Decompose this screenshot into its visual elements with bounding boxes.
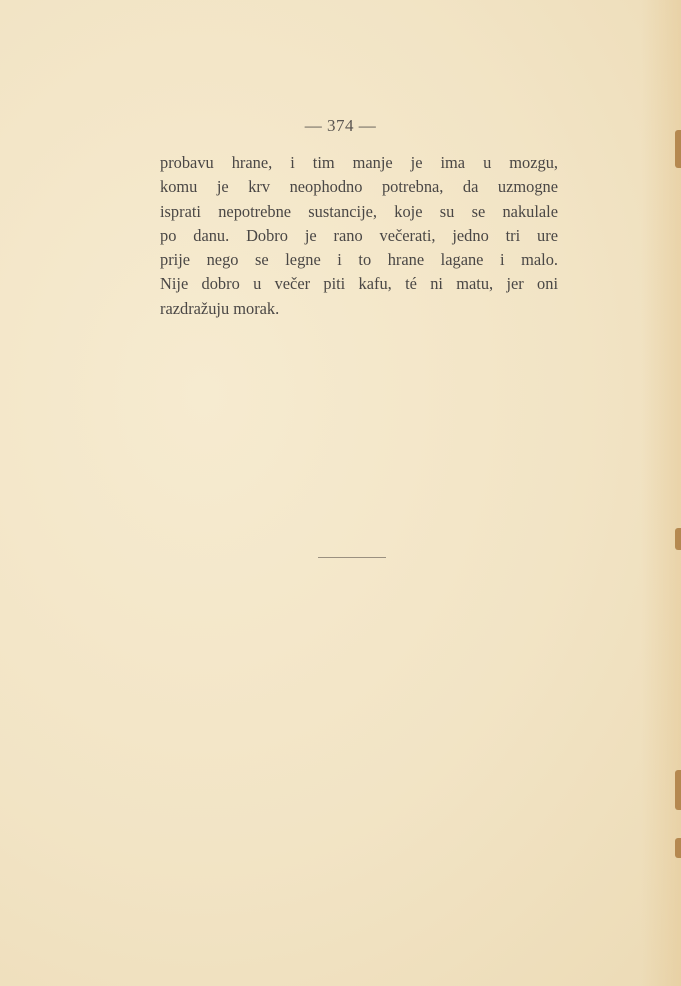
text-line: komu je krv neophodno potrebna, da uzmog…: [160, 175, 558, 199]
text-line: po danu. Dobro je rano večerati, jedno t…: [160, 224, 558, 248]
text-line: Nije dobro u večer piti kafu, té ni matu…: [160, 272, 558, 296]
text-line: isprati nepotrebne sustancije, koje su s…: [160, 200, 558, 224]
scanned-page: — 374 — probavu hrane, i tim manje je im…: [0, 0, 681, 986]
text-line: prije nego se legne i to hrane lagane i …: [160, 248, 558, 272]
text-line: probavu hrane, i tim manje je ima u mozg…: [160, 151, 558, 175]
body-paragraph: probavu hrane, i tim manje je ima u mozg…: [160, 151, 558, 321]
section-divider-rule: [318, 557, 386, 558]
text-line: razdražuju morak.: [160, 297, 558, 321]
page-number: — 374 —: [0, 116, 681, 136]
edge-stain: [675, 528, 681, 550]
edge-stain: [675, 770, 681, 810]
edge-stain: [675, 838, 681, 858]
